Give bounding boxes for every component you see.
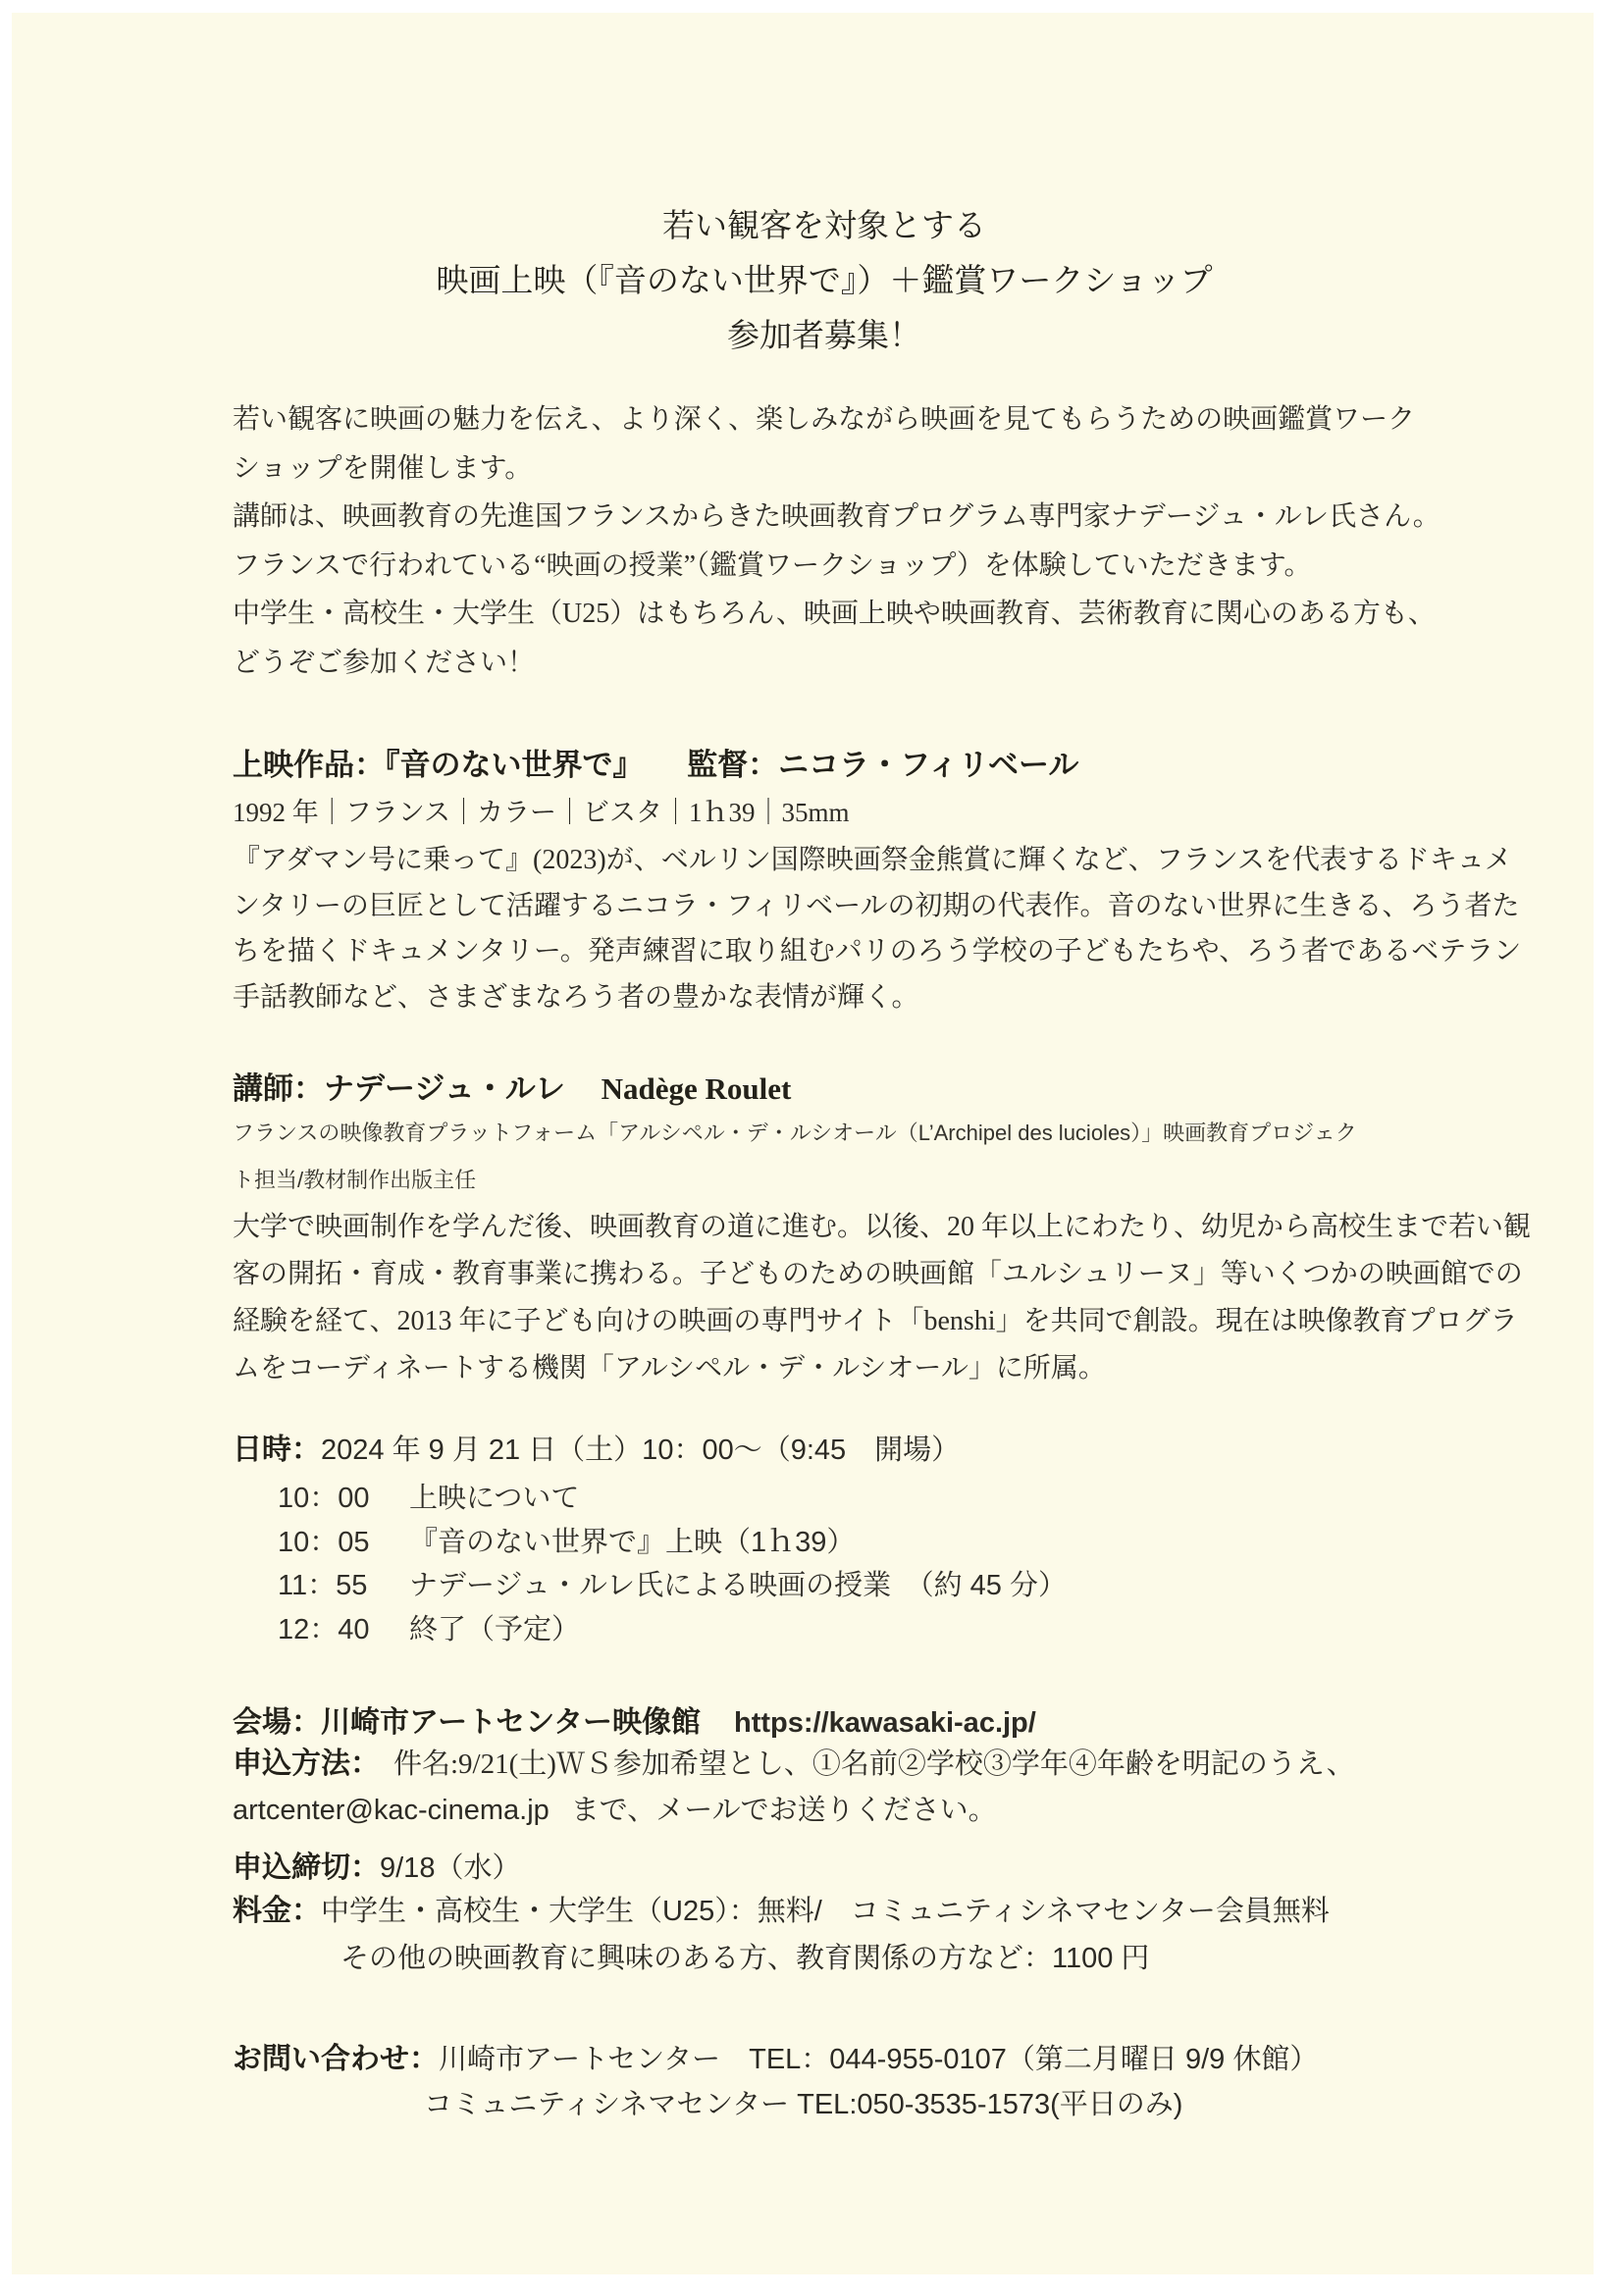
schedule-item: ナデージュ・ルレ氏による映画の授業 （約 45 分） xyxy=(409,1570,1067,1601)
contact-label: お問い合わせ： xyxy=(233,2043,439,2075)
title-block: 若い観客を対象とする 映画上映（『音のない世界で』）＋鑑賞ワークショップ 参加者… xyxy=(13,198,1623,363)
apply-email-tail: まで、メールでお送りください。 xyxy=(571,1795,997,1826)
film-description: 『アダマン号に乗って』(2023)が、ベルリン国際映画祭金熊賞に輝くなど、フラン… xyxy=(233,838,1521,1020)
apply-text: 件名:9/21(土)ＷＳ参加希望とし、①名前②学校③学年④年齢を明記のうえ、 xyxy=(393,1748,1355,1780)
lecturer-name-jp: 講師：ナデージュ・ルレ xyxy=(233,1071,565,1106)
deadline-value: 9/18（水） xyxy=(380,1852,520,1884)
application-method-line: 申込方法：件名:9/21(土)ＷＳ参加希望とし、①名前②学校③学年④年齢を明記の… xyxy=(233,1739,1355,1782)
title-line-1: 若い観客を対象とする xyxy=(13,198,1623,253)
lecturer-affiliation-line: フランスの映像教育プラットフォーム「アルシペル・デ・ルシオール（L’Archip… xyxy=(233,1110,1357,1157)
title-line-2: 映画上映（『音のない世界で』）＋鑑賞ワークショップ xyxy=(13,253,1623,308)
schedule-row: 10：00上映について xyxy=(278,1477,1067,1521)
schedule-item: 『音のない世界で』上映（1ｈ39） xyxy=(409,1527,855,1558)
title-line-3: 参加者募集！ xyxy=(13,308,1623,363)
schedule-item: 上映について xyxy=(409,1483,579,1514)
intro-line: ショップを開催します。 xyxy=(233,444,1440,494)
contact-line-2: コミュニティシネマセンター TEL:050-3535-1573(平日のみ) xyxy=(424,2082,1182,2122)
schedule-row: 10：05『音のない世界で』上映（1ｈ39） xyxy=(278,1521,1067,1565)
intro-line: 中学生・高校生・大学生（U25）はもちろん、映画上映や映画教育、芸術教育に関心の… xyxy=(233,590,1440,639)
event-schedule: 10：00上映について 10：05『音のない世界で』上映（1ｈ39） 11：55… xyxy=(278,1477,1067,1651)
intro-line: フランスで行われている“映画の授業”（鑑賞ワークショップ）を体験していただきます… xyxy=(233,542,1440,591)
event-datetime-line: 日時：2024 年 9 月 21 日（土）10：00～（9:45 開場） xyxy=(233,1425,960,1468)
film-description-line: 手話教師など、さまざまなろう者の豊かな表情が輝く。 xyxy=(233,975,1521,1021)
venue-url: https://kawasaki-ac.jp/ xyxy=(734,1707,1036,1739)
contact-value-1: 川崎市アートセンター TEL：044-955-0107（第二月曜日 9/9 休館… xyxy=(439,2044,1318,2075)
film-director: 監督：ニコラ・フィリベール xyxy=(687,748,1078,782)
film-title: 上映作品：『音のない世界で』 xyxy=(233,748,644,782)
film-description-line: ちを描くドキュメンタリー。発声練習に取り組むパリのろう学校の子どもたちや、ろう者… xyxy=(233,929,1521,975)
intro-line: どうぞご参加ください！ xyxy=(233,639,1440,688)
venue-label: 会場： xyxy=(233,1706,321,1739)
schedule-time: 10：05 xyxy=(278,1521,380,1565)
film-description-line: 『アダマン号に乗って』(2023)が、ベルリン国際映画祭金熊賞に輝くなど、フラン… xyxy=(233,838,1521,884)
intro-line: 講師は、映画教育の先進国フランスからきた映画教育プログラム専門家ナデージュ・ルレ… xyxy=(233,493,1440,542)
lecturer-section-heading: 講師：ナデージュ・ルレ Nadège Roulet xyxy=(233,1064,791,1108)
apply-email: artcenter@kac-cinema.jp xyxy=(233,1795,550,1826)
datetime-label: 日時： xyxy=(233,1434,321,1466)
venue-name: 川崎市アートセンター映像館 xyxy=(321,1706,701,1739)
lecturer-bio-line: 経験を経て、2013 年に子ども向けの映画の専門サイト「benshi」を共同で創… xyxy=(233,1298,1531,1345)
venue-line: 会場：川崎市アートセンター映像館https://kawasaki-ac.jp/ xyxy=(233,1697,1036,1741)
schedule-row: 12：40終了（予定） xyxy=(278,1608,1067,1652)
apply-label: 申込方法： xyxy=(233,1748,380,1780)
datetime-value: 2024 年 9 月 21 日（土）10：00～（9:45 開場） xyxy=(321,1435,960,1466)
lecturer-affiliation-line: ト担当/教材制作出版主任 xyxy=(233,1157,1357,1204)
lecturer-bio-line: 大学で映画制作を学んだ後、映画教育の道に進む。以後、20 年以上にわたり、幼児か… xyxy=(233,1204,1531,1251)
application-email-line: artcenter@kac-cinema.jpまで、メールでお送りください。 xyxy=(233,1788,997,1828)
fee-label: 料金： xyxy=(233,1895,321,1927)
schedule-row: 11：55ナデージュ・ルレ氏による映画の授業 （約 45 分） xyxy=(278,1564,1067,1608)
fee-line-2: その他の映画教育に興味のある方、教育関係の方など：1100 円 xyxy=(340,1936,1149,1976)
deadline-line: 申込締切：9/18（水） xyxy=(233,1843,520,1886)
film-description-line: ンタリーの巨匠として活躍するニコラ・フィリベールの初期の代表作。音のない世界に生… xyxy=(233,884,1521,930)
contact-line-1: お問い合わせ：川崎市アートセンター TEL：044-955-0107（第二月曜日… xyxy=(233,2034,1318,2077)
lecturer-bio-line: 客の開拓・育成・教育事業に携わる。子どものための映画館「ユルシュリーヌ」等いくつ… xyxy=(233,1251,1531,1298)
film-section-heading: 上映作品：『音のない世界で』 監督：ニコラ・フィリベール xyxy=(233,740,1078,784)
fee-line-1: 料金：中学生・高校生・大学生（U25）：無料/ コミュニティシネマセンター会員無… xyxy=(233,1886,1330,1929)
film-specs: 1992 年｜フランス｜カラー｜ビスタ｜1ｈ39｜35mm xyxy=(233,791,849,829)
fee-value-1: 中学生・高校生・大学生（U25）：無料/ コミュニティシネマセンター会員無料 xyxy=(321,1896,1330,1927)
lecturer-bio: 大学で映画制作を学んだ後、映画教育の道に進む。以後、20 年以上にわたり、幼児か… xyxy=(233,1204,1531,1392)
lecturer-bio-line: ムをコーディネートする機関「アルシペル・デ・ルシオール」に所属。 xyxy=(233,1345,1531,1392)
lecturer-name-en: Nadège Roulet xyxy=(602,1071,792,1106)
intro-line: 若い観客に映画の魅力を伝え、より深く、楽しみながら映画を見てもらうための映画鑑賞… xyxy=(233,395,1440,444)
intro-paragraph: 若い観客に映画の魅力を伝え、より深く、楽しみながら映画を見てもらうための映画鑑賞… xyxy=(233,395,1440,687)
deadline-label: 申込締切： xyxy=(233,1852,380,1884)
schedule-item: 終了（予定） xyxy=(409,1614,580,1645)
lecturer-affiliation: フランスの映像教育プラットフォーム「アルシペル・デ・ルシオール（L’Archip… xyxy=(233,1110,1357,1204)
scanned-flyer: 若い観客を対象とする 映画上映（『音のない世界で』）＋鑑賞ワークショップ 参加者… xyxy=(0,0,1623,2296)
schedule-time: 11：55 xyxy=(278,1564,380,1608)
schedule-time: 10：00 xyxy=(278,1477,380,1521)
schedule-time: 12：40 xyxy=(278,1608,380,1652)
